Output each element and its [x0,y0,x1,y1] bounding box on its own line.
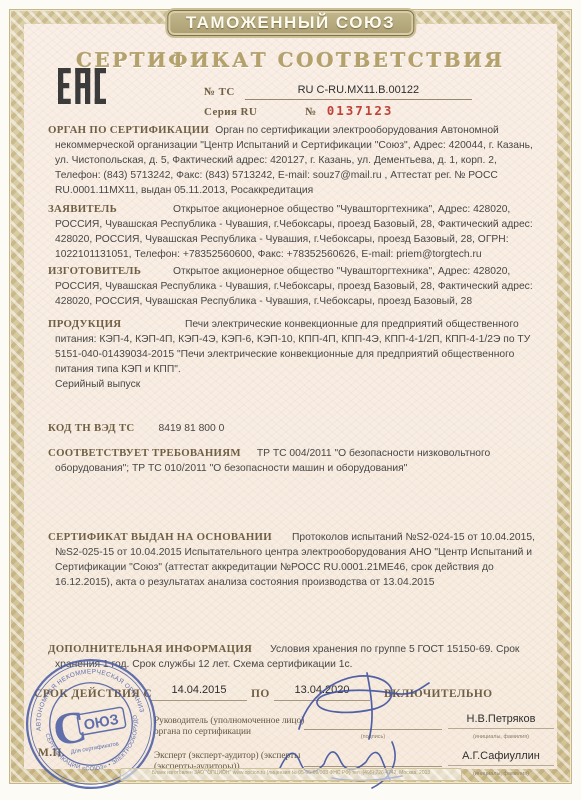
number-label: № ТС [204,85,235,100]
certificate-number-row: № ТС RU C-RU.MX11.B.00122 [204,83,472,100]
customs-union-banner: ТАМОЖЕННЫЙ СОЮЗ [167,10,414,36]
section-issue-basis: СЕРТИФИКАТ ВЫДАН НА ОСНОВАНИИПротоколов … [48,530,541,590]
head-signature-ink [279,669,449,741]
series-row: Серия RU № 0137123 [204,103,393,120]
head-name-field: Н.В.Петряков (инициалы, фамилия) [448,712,554,745]
expert-name: А.Г.Сафиуллин [448,749,554,766]
section-label: ИЗГОТОВИТЕЛЬ [48,264,173,279]
guilloche-border-frame: ТАМОЖЕННЫЙ СОЮЗ СЕРТИФИКАТ СООТВЕТСТВИЯ … [9,9,572,784]
validity-from-date: 14.04.2015 [151,683,247,701]
section-label: ДОПОЛНИТЕЛЬНАЯ ИНФОРМАЦИЯ [48,643,252,655]
section-text: 8419 81 800 0 [159,423,225,434]
section-label: ЗАЯВИТЕЛЬ [48,202,173,217]
eac-mark-icon [58,66,106,106]
section-label: СЕРТИФИКАТ ВЫДАН НА ОСНОВАНИИ [48,531,272,543]
series-number: 0137123 [327,103,394,118]
certificate-body: ТАМОЖЕННЫЙ СОЮЗ СЕРТИФИКАТ СООТВЕТСТВИЯ … [24,24,557,769]
series-label: Серия RU [204,105,257,120]
section-label: КОД ТН ВЭД ТС [48,422,135,434]
certificate-page: ТАМОЖЕННЫЙ СОЮЗ СЕРТИФИКАТ СООТВЕТСТВИЯ … [0,0,581,800]
section-label: ОРГАН ПО СЕРТИФИКАЦИИ [48,124,209,136]
section-product: ПРОДУКЦИЯПечи электрические конвекционны… [48,317,541,392]
certificate-sections: ОРГАН ПО СЕРТИФИКАЦИИОрган по сертификац… [38,123,541,672]
product-serial-type: Серийный выпуск [55,377,541,392]
expert-signature-ink [272,734,452,794]
section-certification-body: ОРГАН ПО СЕРТИФИКАЦИИОрган по сертификац… [48,123,541,198]
validity-po-label: ПО [251,687,270,702]
section-tnved-code: КОД ТН ВЭД ТС8419 81 800 0 [48,421,541,436]
section-label: ПРОДУКЦИЯ [48,317,185,332]
name-caption: (инициалы, фамилия) [448,767,554,782]
certificate-number-value: RU C-RU.MX11.B.00122 [245,83,472,100]
section-applicant: ЗАЯВИТЕЛЬОткрытое акционерное общество "… [48,202,541,262]
stamp-center-word: ОЮЗ [83,712,120,734]
expert-name-field: А.Г.Сафиуллин (инициалы, фамилия) [448,749,554,782]
name-caption: (инициалы, фамилия) [448,730,554,745]
series-no-sign: № [305,105,316,120]
section-requirements: СООТВЕТСТВУЕТ ТРЕБОВАНИЯМТР ТС 004/2011 … [48,446,541,476]
section-manufacturer: ИЗГОТОВИТЕЛЬОткрытое акционерное обществ… [48,264,541,309]
section-label: СООТВЕТСТВУЕТ ТРЕБОВАНИЯМ [48,447,241,459]
blank-microprint: Бланк изготовлен ЗАО "ОПЦИОН" www.opcion… [120,768,462,781]
head-name: Н.В.Петряков [448,712,554,729]
